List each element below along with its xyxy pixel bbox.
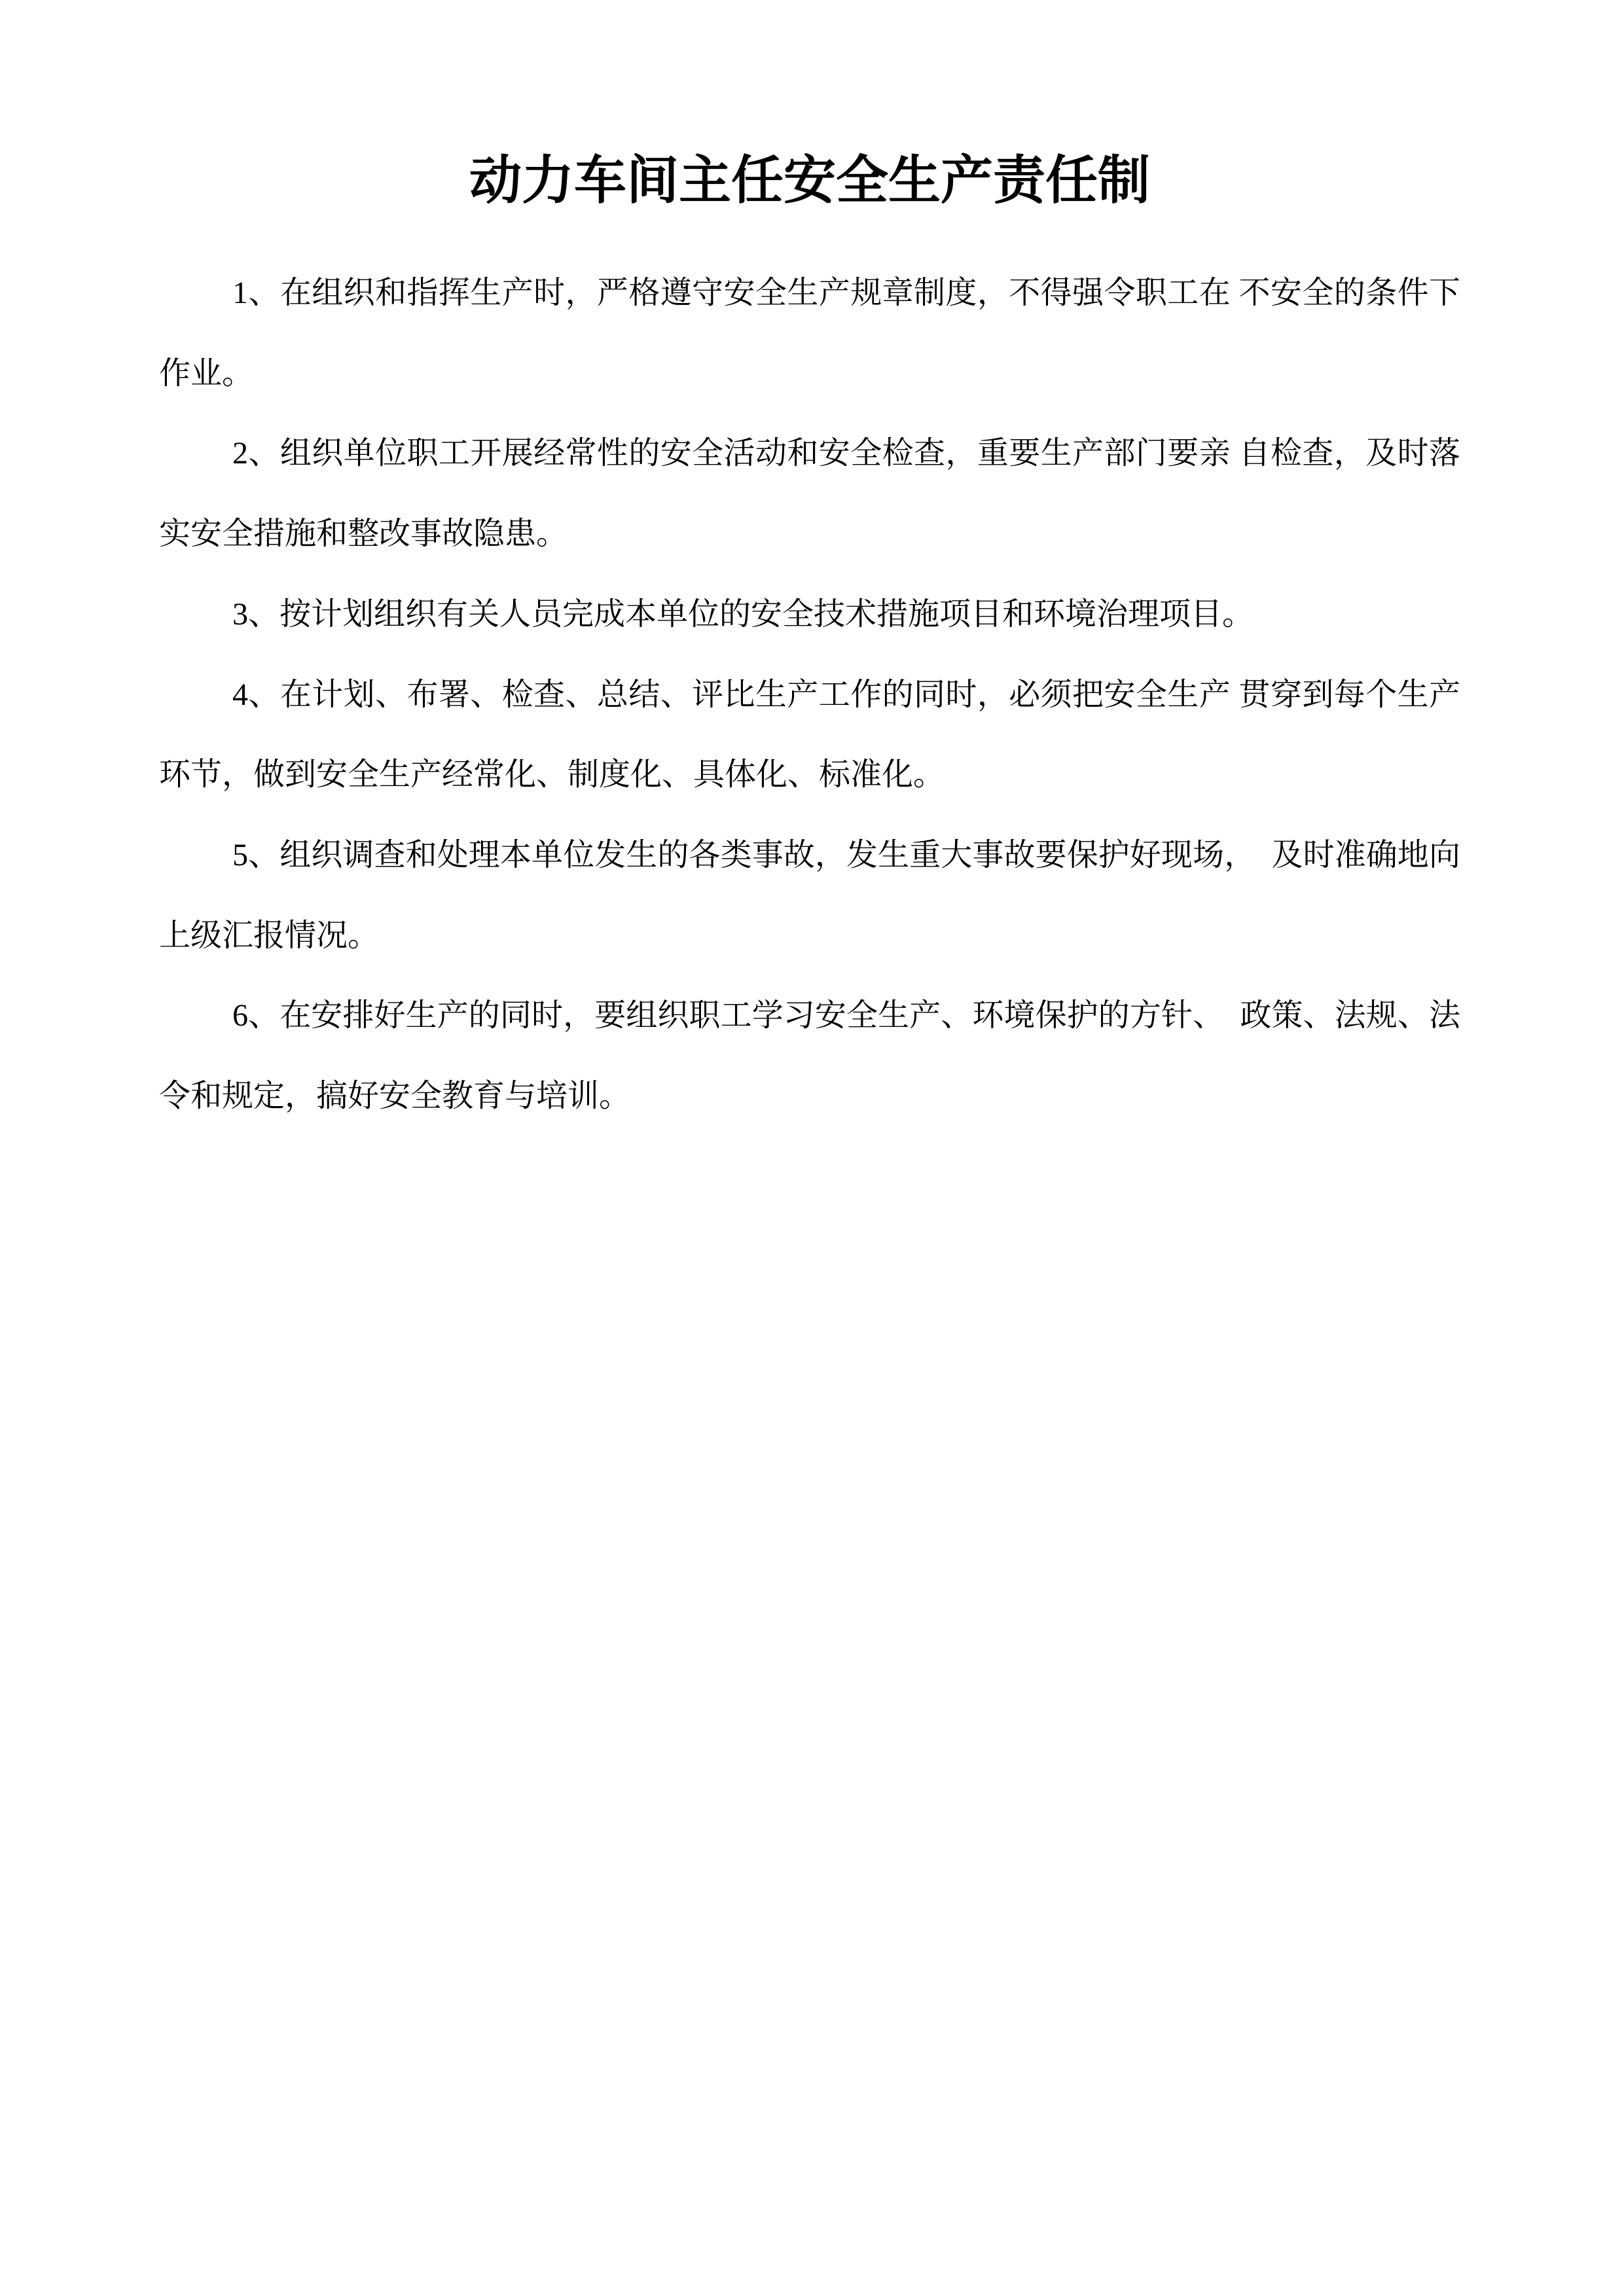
paragraph-3: 3、按计划组织有关人员完成本单位的安全技术措施项目和环境治理项目。: [159, 575, 1460, 655]
paragraph-2: 2、组织单位职工开展经常性的安全活动和安全检查，重要生产部门要亲 自检查，及时落…: [159, 414, 1460, 574]
document-title: 动力车间主任安全生产责任制: [159, 155, 1460, 207]
paragraph-1: 1、在组织和指挥生产时，严格遵守安全生产规章制度，不得强令职工在 不安全的条件下…: [159, 253, 1460, 414]
paragraph-4: 4、在计划、布署、检查、总结、评比生产工作的同时，必须把安全生产 贯穿到每个生产…: [159, 655, 1460, 816]
document-page: 动力车间主任安全生产责任制 1、在组织和指挥生产时，严格遵守安全生产规章制度，不…: [0, 0, 1624, 2296]
document-body: 1、在组织和指挥生产时，严格遵守安全生产规章制度，不得强令职工在 不安全的条件下…: [159, 253, 1460, 1137]
paragraph-6: 6、在安排好生产的同时，要组织职工学习安全生产、环境保护的方针、 政策、法规、法…: [159, 976, 1460, 1136]
paragraph-5: 5、组织调查和处理本单位发生的各类事故，发生重大事故要保护好现场， 及时准确地向…: [159, 816, 1460, 976]
